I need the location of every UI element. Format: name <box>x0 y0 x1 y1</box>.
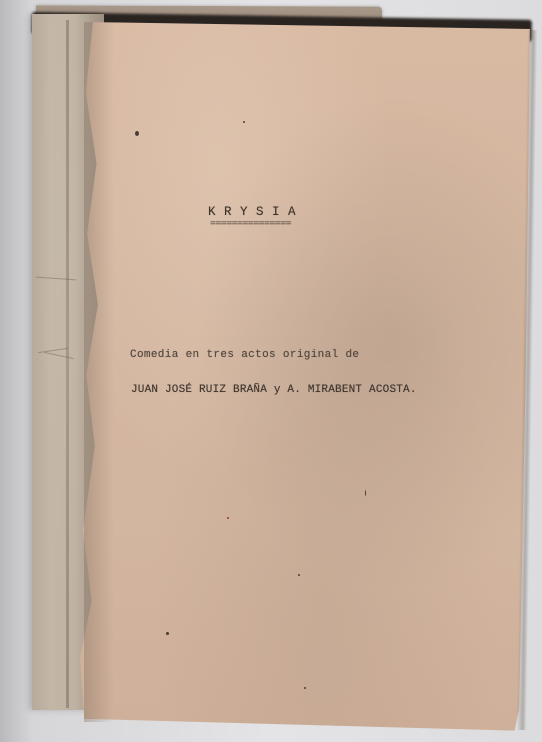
scanned-document: K R Y S I A =============== Comedia en t… <box>0 0 542 742</box>
document-subtitle: Comedia en tres actos original de <box>130 349 359 361</box>
ink-speck <box>166 632 169 635</box>
document-title: K R Y S I A <box>208 205 296 219</box>
page-torn-edge-shadow <box>84 22 114 722</box>
ink-speck <box>304 687 306 689</box>
ink-speck <box>243 121 245 123</box>
title-page <box>80 22 530 731</box>
ink-speck <box>365 490 366 496</box>
ink-speck <box>298 574 300 576</box>
title-underline: =============== <box>210 220 291 228</box>
ink-speck <box>135 131 139 136</box>
ink-speck <box>227 517 229 519</box>
document-authors: JUAN JOSÉ RUIZ BRAÑA y A. MIRABENT ACOST… <box>131 384 417 396</box>
spine-fold-line <box>66 20 69 708</box>
